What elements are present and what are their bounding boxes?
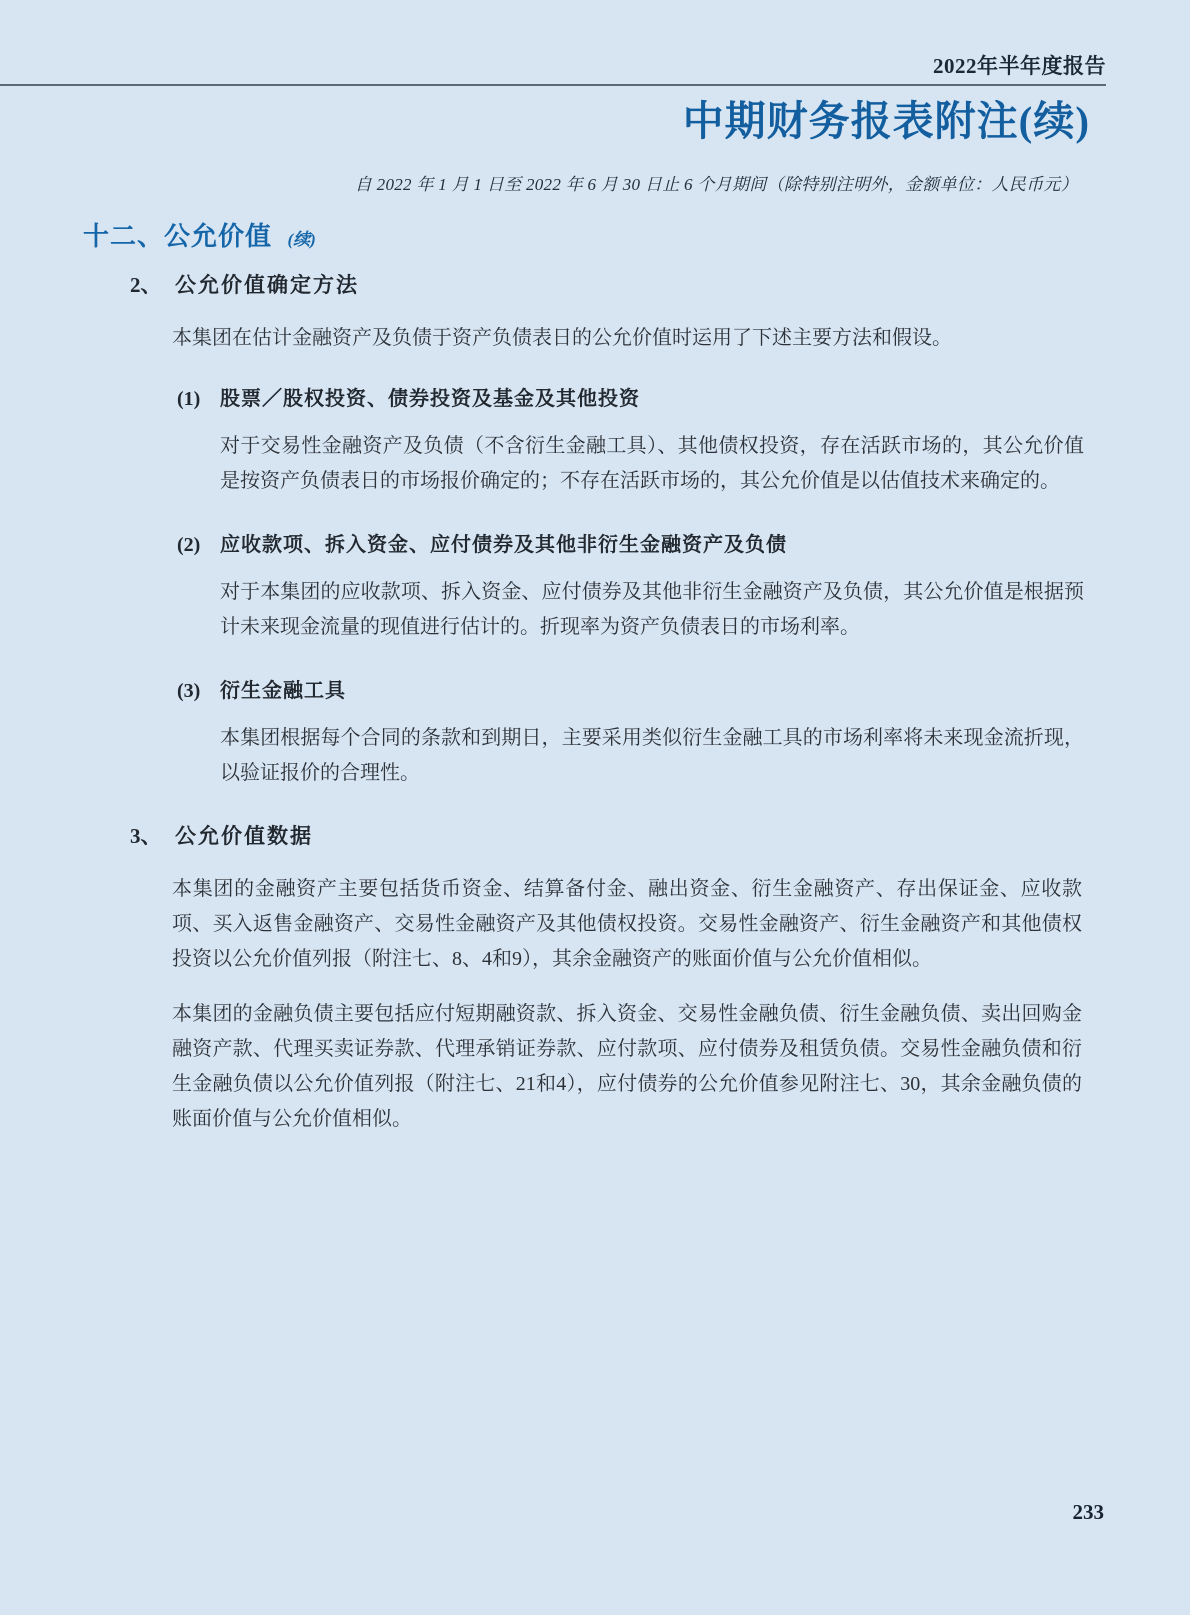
item-number: (2)	[177, 534, 220, 557]
subsection-title: 公允价值确定方法	[175, 269, 359, 299]
subsection-fair-value-data: 3、 公允价值数据 本集团的金融资产主要包括货币资金、结算备付金、融出资金、衍生…	[0, 820, 1190, 1137]
subsection-heading: 2、 公允价值确定方法	[130, 269, 1082, 299]
header-divider-line	[0, 84, 1106, 86]
subsection-number: 3、	[130, 820, 175, 850]
method-item-receivables: (2) 应收款项、拆入资金、应付债券及其他非衍生金融资产及负债 对于本集团的应收…	[0, 528, 1190, 645]
page-content: 十二、公允价值 (续) 2、 公允价值确定方法 本集团在估计金融资产及负债于资产…	[0, 216, 1190, 1157]
report-header-label: 2022年半年度报告	[933, 50, 1106, 80]
item-body-paragraph: 对于交易性金融资产及负债（不含衍生金融工具）、其他债权投资，存在活跃市场的，其公…	[220, 429, 1084, 499]
document-title: 中期财务报表附注(续)	[683, 96, 1090, 147]
item-title: 股票／股权投资、债券投资及基金及其他投资	[220, 382, 640, 411]
subsection-number: 2、	[130, 269, 175, 299]
subsection-heading: 3、 公允价值数据	[130, 820, 1082, 850]
section-heading-text: 十二、公允价值	[83, 222, 272, 251]
method-item-stocks: (1) 股票／股权投资、债券投资及基金及其他投资 对于交易性金融资产及负债（不含…	[0, 382, 1190, 499]
financial-assets-paragraph: 本集团的金融资产主要包括货币资金、结算备付金、融出资金、衍生金融资产、存出保证金…	[172, 872, 1082, 977]
document-subtitle: 自 2022 年 1 月 1 日至 2022 年 6 月 30 日止 6 个月期…	[355, 170, 1078, 195]
page-number: 233	[1073, 1500, 1105, 1525]
item-title: 应收款项、拆入资金、应付债券及其他非衍生金融资产及负债	[220, 528, 787, 557]
section-continued-mark: (续)	[288, 230, 316, 249]
item-heading: (3) 衍生金融工具	[177, 674, 1082, 703]
report-page: { "page": { "header_label": "2022年半年度报告"…	[0, 0, 1190, 1615]
item-number: (1)	[177, 388, 220, 411]
subsection-title: 公允价值数据	[175, 820, 313, 850]
item-body-paragraph: 本集团根据每个合同的条款和到期日，主要采用类似衍生金融工具的市场利率将未来现金流…	[220, 721, 1084, 791]
subsection-intro-paragraph: 本集团在估计金融资产及负债于资产负债表日的公允价值时运用了下述主要方法和假设。	[172, 321, 1082, 356]
section-heading-fair-value: 十二、公允价值 (续)	[83, 216, 1190, 253]
item-heading: (2) 应收款项、拆入资金、应付债券及其他非衍生金融资产及负债	[177, 528, 1082, 557]
financial-liabilities-paragraph: 本集团的金融负债主要包括应付短期融资款、拆入资金、交易性金融负债、衍生金融负债、…	[172, 997, 1082, 1137]
item-heading: (1) 股票／股权投资、债券投资及基金及其他投资	[177, 382, 1082, 411]
method-item-derivatives: (3) 衍生金融工具 本集团根据每个合同的条款和到期日，主要采用类似衍生金融工具…	[0, 674, 1190, 791]
item-number: (3)	[177, 680, 220, 703]
item-title: 衍生金融工具	[220, 674, 346, 703]
item-body-paragraph: 对于本集团的应收款项、拆入资金、应付债券及其他非衍生金融资产及负债，其公允价值是…	[220, 575, 1084, 645]
subsection-fair-value-method: 2、 公允价值确定方法 本集团在估计金融资产及负债于资产负债表日的公允价值时运用…	[0, 269, 1190, 791]
